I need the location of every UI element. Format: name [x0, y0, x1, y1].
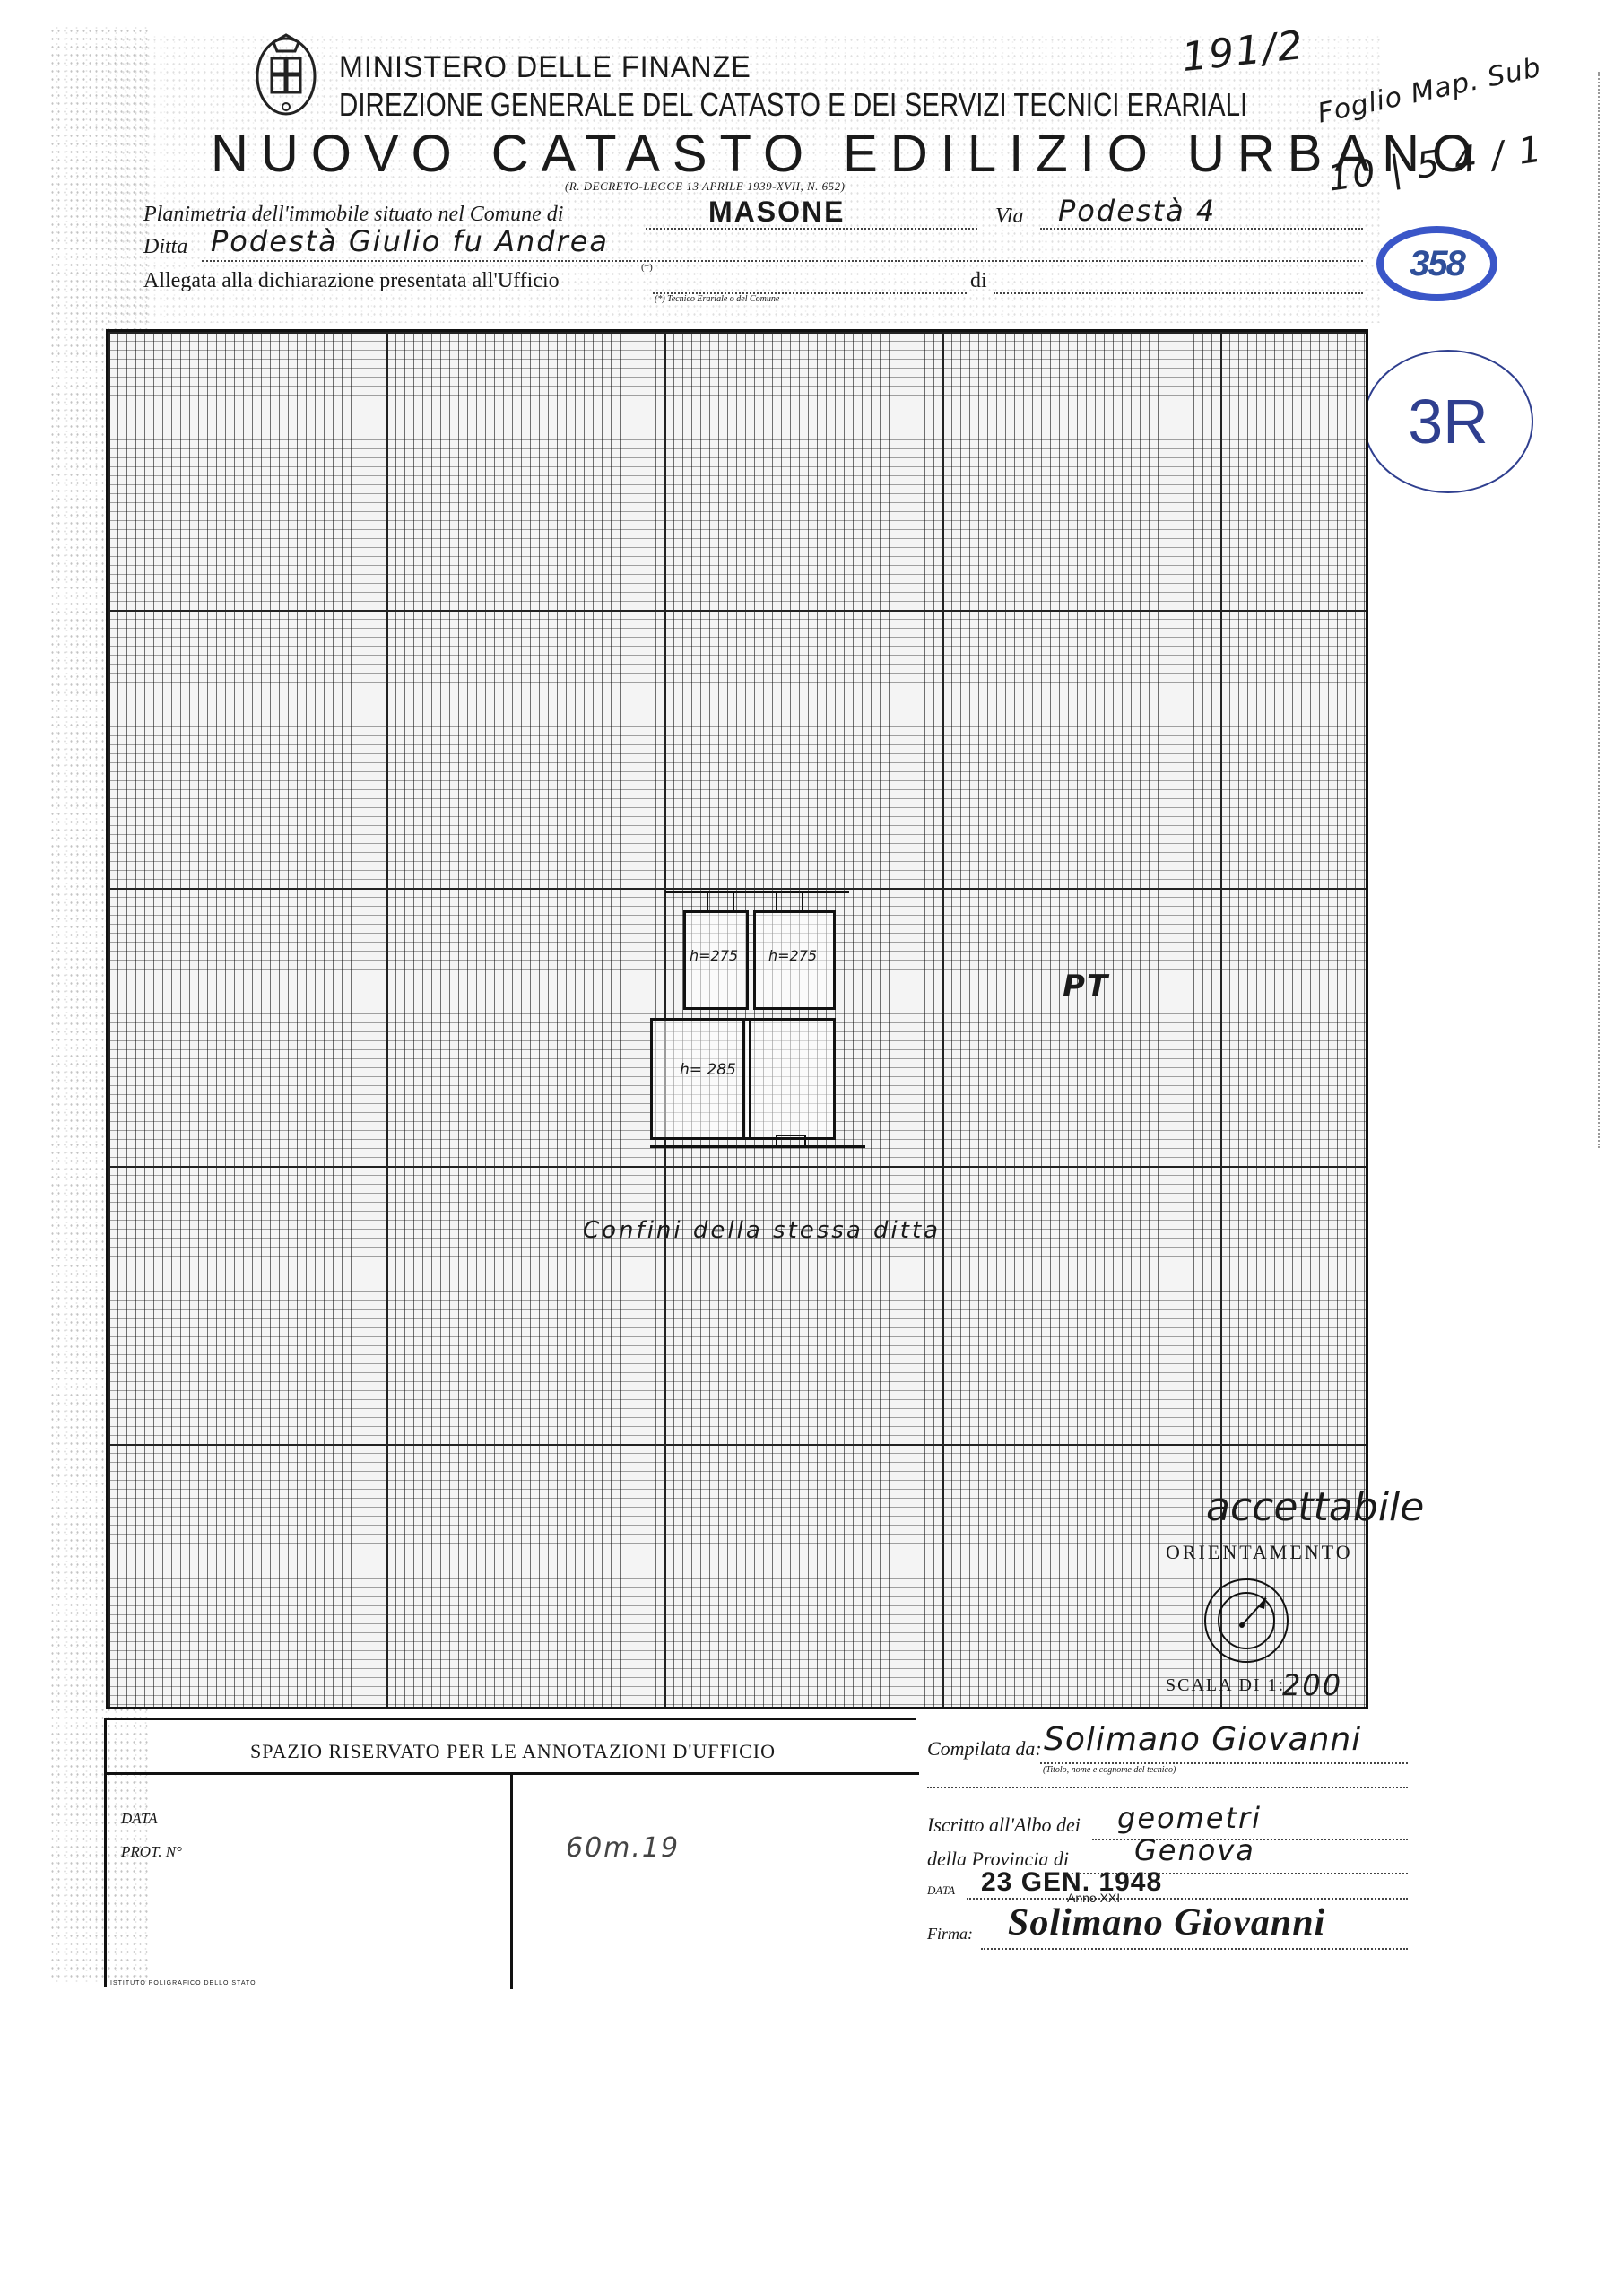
firma-label: Firma:	[927, 1925, 973, 1944]
planimetria-label: Planimetria dell'immobile situato nel Co…	[143, 203, 563, 227]
office-data-field[interactable]	[169, 1806, 501, 1831]
room-height-label: h= 285	[680, 1061, 736, 1079]
floor-plan: h=275 h=275 h= 285	[650, 888, 865, 1157]
compilata-value: Solimano Giovanni	[1044, 1721, 1361, 1758]
ufficio-field[interactable]	[653, 271, 967, 294]
directorate-name: DIREZIONE GENERALE DEL CATASTO E DEI SER…	[339, 86, 1247, 124]
floor-label: PT	[1063, 969, 1109, 1004]
circled-number-stamp: 358	[1376, 226, 1497, 301]
ministry-name: MINISTERO DELLE FINANZE	[339, 50, 751, 85]
date-field[interactable]: 23 GEN. 1948 Anno XXI	[967, 1878, 1408, 1900]
partition-wall	[742, 1021, 751, 1137]
printer-imprint: ISTITUTO POLIGRAFICO DELLO STATO	[110, 1980, 256, 1987]
ditta-field[interactable]: Podestà Giulio fu Andrea	[202, 235, 1363, 262]
compilata-field[interactable]: Solimano Giovanni	[1040, 1737, 1408, 1764]
ditta-label: Ditta	[143, 235, 187, 259]
room-top-right: h=275	[753, 910, 836, 1010]
circled-code-mark: 3R	[1363, 350, 1533, 493]
office-box-title: SPAZIO RISERVATO PER LE ANNOTAZIONI D'UF…	[107, 1740, 919, 1763]
di-field[interactable]	[994, 271, 1363, 294]
office-handwritten-note: 60m.19	[566, 1832, 680, 1864]
provincia-value: Genova	[1134, 1833, 1255, 1867]
circled-number: 358	[1410, 244, 1464, 284]
office-prot-field[interactable]	[187, 1839, 501, 1865]
scan-edge-right	[1598, 72, 1600, 1148]
circled-code: 3R	[1408, 386, 1488, 457]
allegata-footnote-mark: (*)	[641, 262, 653, 273]
scale-value: 200	[1282, 1668, 1342, 1702]
outer-wall-top	[665, 891, 849, 893]
office-prot-label: PROT. N°	[121, 1843, 182, 1861]
scale-label: SCALA DI 1:	[1166, 1675, 1285, 1696]
boundary-note: Confini della stessa ditta	[583, 1217, 941, 1244]
di-label: di	[970, 269, 987, 293]
decree-reference: (R. DECRETO-LEGGE 13 APRILE 1939-XVII, N…	[565, 179, 845, 194]
outer-wall-bottom	[650, 1145, 865, 1148]
room-bottom: h= 285	[650, 1018, 836, 1140]
office-box-divider	[107, 1772, 919, 1775]
comune-value: MASONE	[708, 196, 845, 229]
allegata-label: Allegata alla dichiarazione presentata a…	[143, 269, 560, 293]
albo-value: geometri	[1117, 1801, 1262, 1835]
signature: Solimano Giovanni	[1008, 1901, 1325, 1944]
room-top-left: h=275	[683, 910, 749, 1010]
compass-icon	[1202, 1576, 1291, 1665]
via-value: Podestà 4	[1058, 194, 1216, 228]
albo-label: Iscritto all'Albo dei	[927, 1813, 1081, 1837]
compilata-extra-line	[927, 1787, 1408, 1788]
date-label: DATA	[927, 1883, 955, 1898]
approval-note: accettabile	[1206, 1484, 1424, 1530]
office-annotations-box: SPAZIO RISERVATO PER LE ANNOTAZIONI D'UF…	[104, 1718, 916, 1987]
office-box-column-divider	[510, 1774, 513, 1989]
comune-field[interactable]: MASONE	[646, 203, 977, 230]
via-field[interactable]: Podestà 4	[1040, 203, 1363, 230]
office-data-label: DATA	[121, 1810, 158, 1828]
via-label: Via	[995, 204, 1024, 229]
firma-field[interactable]: Solimano Giovanni	[981, 1928, 1408, 1950]
footnote-text: (*) Tecnico Erariale o del Comune	[655, 294, 779, 304]
ditta-value: Podestà Giulio fu Andrea	[211, 224, 609, 258]
orientation-label: ORIENTAMENTO	[1166, 1541, 1353, 1564]
compilata-label: Compilata da:	[927, 1737, 1042, 1761]
room-height-label: h=275	[768, 947, 817, 964]
compilata-hint: (Titolo, nome e cognome del tecnico)	[1043, 1765, 1176, 1775]
room-height-label: h=275	[690, 947, 738, 964]
page-title: NUOVO CATASTO EDILIZIO URBANO	[211, 124, 1485, 184]
coat-of-arms-icon	[254, 31, 318, 117]
